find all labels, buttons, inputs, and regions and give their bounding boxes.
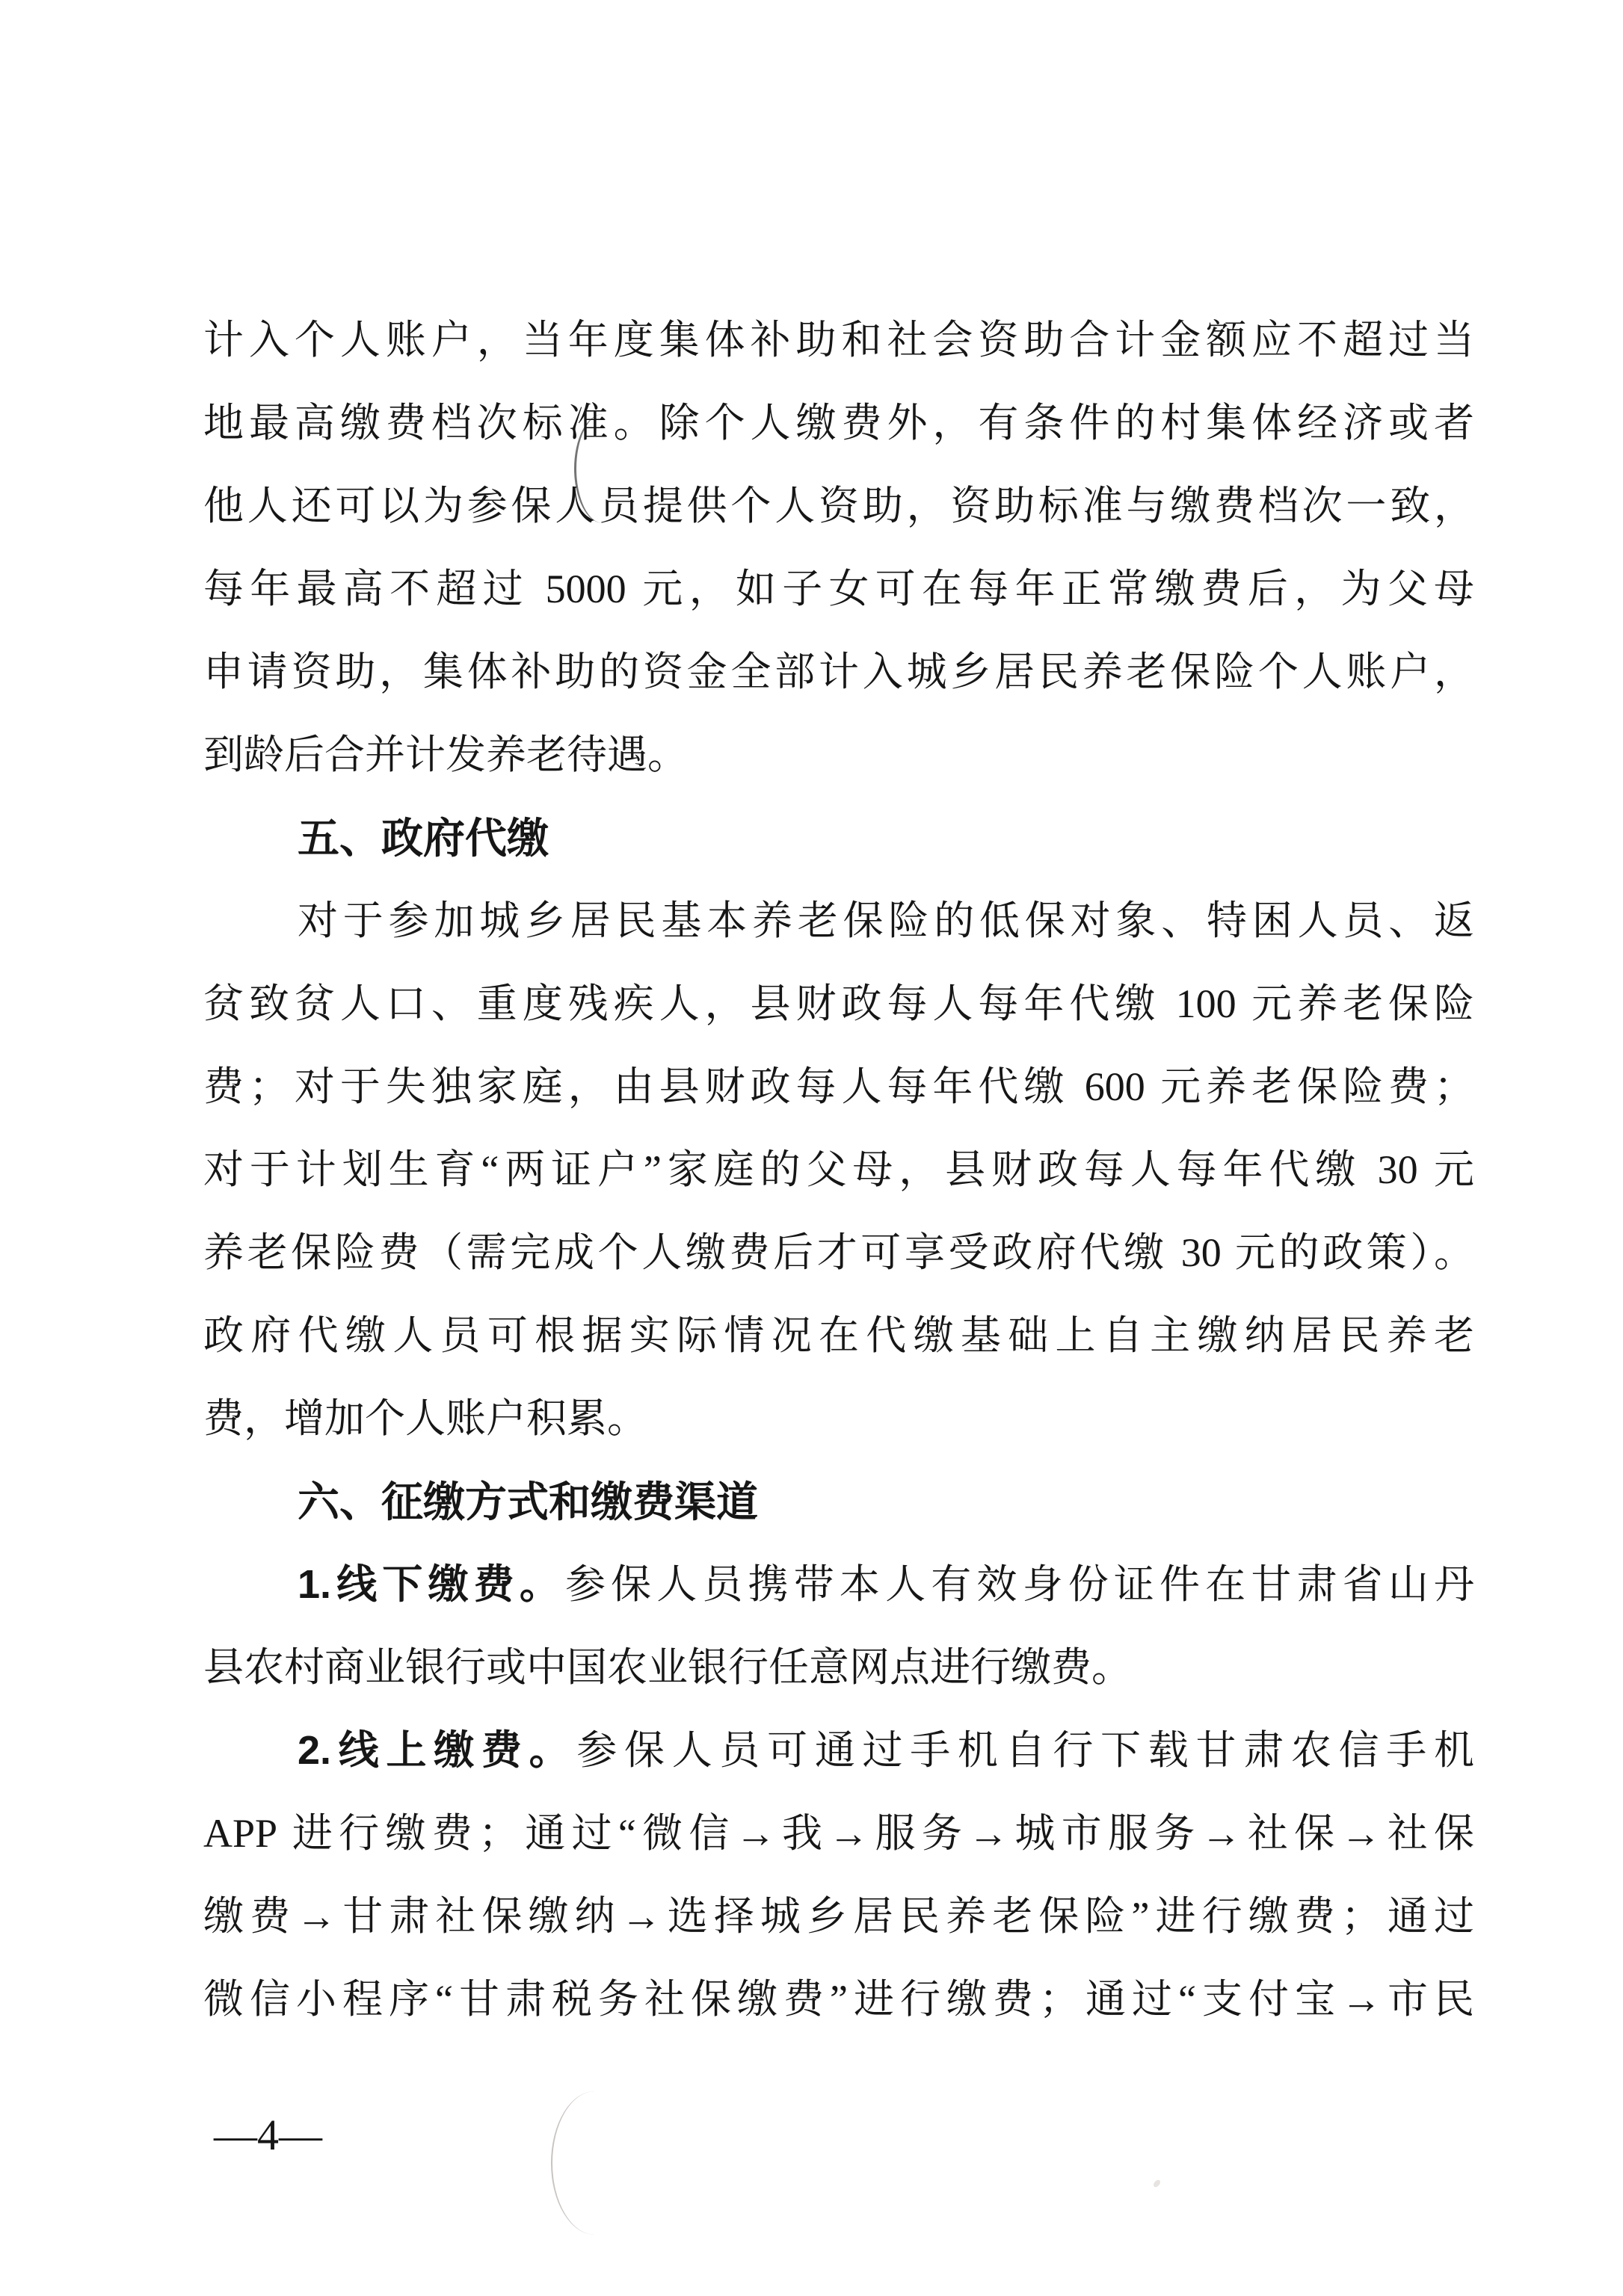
text-line-12: 养老保险费（需完成个人缴费后才可享受政府代缴 30 元的政策）。: [203, 1212, 1474, 1294]
line-text: 参保人员可通过手机自行下载甘肃农信手机: [576, 1728, 1474, 1773]
text-line-1: 计入个人账户，当年度集体补助和社会资助合计金额应不超过当: [203, 299, 1474, 382]
line-text: 对于计划生育“两证户”家庭的父母，县财政每人每年代缴 30 元: [203, 1147, 1474, 1192]
line-text: 每年最高不超过 5000 元，如子女可在每年正常缴费后，为父母: [203, 567, 1474, 611]
text-line-20: 缴费→甘肃社保缴纳→选择城乡居民养老保险”进行缴费；通过: [203, 1875, 1474, 1958]
line-text: 计入个人账户，当年度集体补助和社会资助合计金额应不超过当: [203, 318, 1474, 362]
line-text: 缴费→甘肃社保缴纳→选择城乡居民养老保险”进行缴费；通过: [203, 1894, 1474, 1939]
line-text: 费，增加个人账户积累。: [203, 1396, 647, 1441]
line-text: 县农村商业银行或中国农业银行任意网点进行缴费。: [203, 1645, 1132, 1690]
section-heading-6: 六、征缴方式和缴费渠道: [203, 1460, 1474, 1543]
line-text: 申请资助，集体补助的资金全部计入城乡居民养老保险个人账户，: [203, 649, 1474, 694]
line-text: APP 进行缴费；通过“微信→我→服务→城市服务→社保→社保: [203, 1811, 1474, 1856]
text-line-17: 县农村商业银行或中国农业银行任意网点进行缴费。: [203, 1626, 1474, 1709]
line-text: 他人还可以为参保人员提供个人资助，资助标准与缴费档次一致，: [203, 484, 1474, 528]
text-line-3: 他人还可以为参保人员提供个人资助，资助标准与缴费档次一致，: [203, 465, 1474, 548]
text-line-10: 费；对于失独家庭，由县财政每人每年代缴 600 元养老保险费；: [203, 1046, 1474, 1129]
line-text: 微信小程序“甘肃税务社保缴费”进行缴费；通过“支付宝→市民: [203, 1977, 1474, 2022]
line-text: 对于参加城乡居民基本养老保险的低保对象、特困人员、返: [298, 898, 1474, 943]
line-text: 费；对于失独家庭，由县财政每人每年代缴 600 元养老保险费；: [203, 1064, 1474, 1109]
text-line-2: 地最高缴费档次标准。除个人缴费外，有条件的村集体经济或者: [203, 382, 1474, 465]
bold-lead: 1.线下缴费。: [298, 1562, 565, 1607]
text-line-5: 申请资助，集体补助的资金全部计入城乡居民养老保险个人账户，: [203, 631, 1474, 714]
text-line-16: 1.线下缴费。参保人员携带本人有效身份证件在甘肃省山丹: [203, 1543, 1474, 1626]
line-text: 贫致贫人口、重度残疾人，县财政每人每年代缴 100 元养老保险: [203, 981, 1474, 1026]
text-line-19: APP 进行缴费；通过“微信→我→服务→城市服务→社保→社保: [203, 1792, 1474, 1875]
text-line-14: 费，增加个人账户积累。: [203, 1377, 1474, 1460]
scan-speck: [1152, 2179, 1161, 2188]
faint-scan-arc: [551, 2091, 639, 2235]
line-text: 到龄后合并计发养老待遇。: [203, 732, 688, 777]
line-text: 参保人员携带本人有效身份证件在甘肃省山丹: [565, 1562, 1474, 1607]
line-text: 地最高缴费档次标准。除个人缴费外，有条件的村集体经济或者: [203, 401, 1474, 445]
heading-text: 五、政府代缴: [298, 815, 549, 862]
text-line-6: 到龄后合并计发养老待遇。: [203, 714, 1474, 797]
text-line-18: 2.线上缴费。参保人员可通过手机自行下载甘肃农信手机: [203, 1709, 1474, 1792]
bold-lead: 2.线上缴费。: [298, 1728, 576, 1773]
text-line-9: 贫致贫人口、重度残疾人，县财政每人每年代缴 100 元养老保险: [203, 963, 1474, 1046]
text-line-4: 每年最高不超过 5000 元，如子女可在每年正常缴费后，为父母: [203, 548, 1474, 631]
line-text: 政府代缴人员可根据实际情况在代缴基础上自主缴纳居民养老: [203, 1313, 1474, 1358]
scanned-document-page: 计入个人账户，当年度集体补助和社会资助合计金额应不超过当 地最高缴费档次标准。除…: [0, 0, 1623, 2296]
line-text: 养老保险费（需完成个人缴费后才可享受政府代缴 30 元的政策）。: [203, 1230, 1474, 1275]
text-line-21: 微信小程序“甘肃税务社保缴费”进行缴费；通过“支付宝→市民: [203, 1958, 1474, 2041]
heading-text: 六、征缴方式和缴费渠道: [298, 1478, 758, 1525]
page-number: —4—: [214, 2109, 322, 2161]
text-line-13: 政府代缴人员可根据实际情况在代缴基础上自主缴纳居民养老: [203, 1294, 1474, 1377]
document-body: 计入个人账户，当年度集体补助和社会资助合计金额应不超过当 地最高缴费档次标准。除…: [203, 299, 1474, 2041]
text-line-11: 对于计划生育“两证户”家庭的父母，县财政每人每年代缴 30 元: [203, 1129, 1474, 1212]
section-heading-5: 五、政府代缴: [203, 797, 1474, 880]
text-line-8: 对于参加城乡居民基本养老保险的低保对象、特困人员、返: [203, 880, 1474, 963]
